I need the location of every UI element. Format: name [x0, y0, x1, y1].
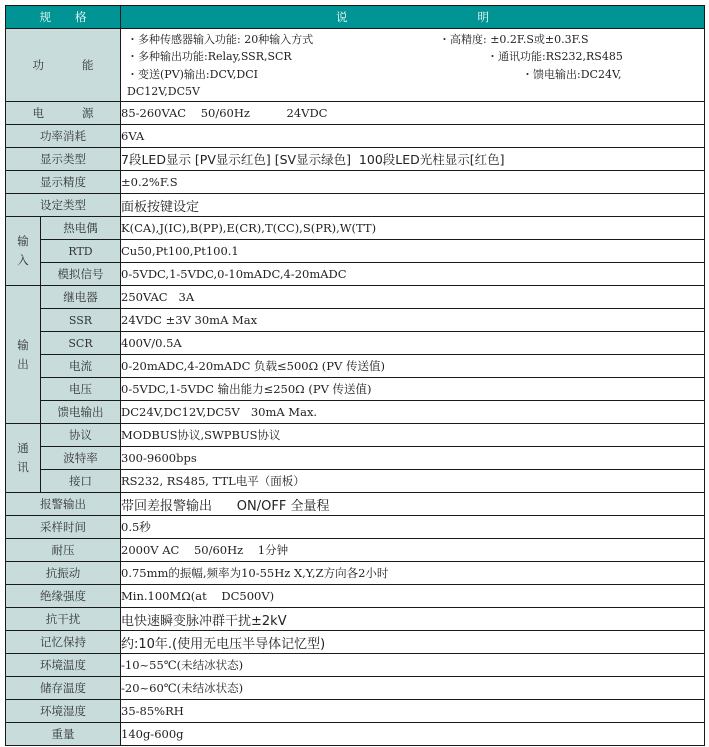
- row-weight: 重量 140g-600g: [6, 723, 705, 746]
- row-comm-interface: 接口 RS232, RS485, TTL电平（面板）: [6, 470, 705, 493]
- row-memory: 记忆保持 约:10年.(使用无电压半导体记忆型): [6, 631, 705, 654]
- row-comm-protocol: 通 讯 协议 MODBUS协议,SWPBUS协议: [6, 424, 705, 447]
- function-line: ・多种传感器输入功能: 20种输入方式 ・高精度: ±0.2F.S或±0.3F.…: [127, 31, 704, 49]
- header-row: 规 格 说 明: [6, 6, 705, 29]
- row-power-consumption: 功率消耗 6VA: [6, 125, 705, 148]
- header-spec: 规 格: [6, 6, 121, 29]
- row-input-rtd: RTD Cu50,Pt100,Pt100.1: [6, 240, 705, 263]
- comm-group-label: 通 讯: [6, 424, 41, 493]
- row-display-accuracy: 显示精度 ±0.2%F.S: [6, 171, 705, 194]
- spec-table: 规 格 说 明 功 能 ・多种传感器输入功能: 20种输入方式 ・高精度: ±0…: [5, 5, 705, 746]
- power-label: 电 源: [6, 102, 121, 125]
- function-line: ・变送(PV)输出:DCV,DCI ・馈电输出:DC24V,: [127, 66, 704, 84]
- row-humidity: 环境湿度 35-85%RH: [6, 700, 705, 723]
- row-function: 功 能 ・多种传感器输入功能: 20种输入方式 ・高精度: ±0.2F.S或±0…: [6, 29, 705, 102]
- row-insulation: 绝缘强度 Min.100MΩ(at DC500V): [6, 585, 705, 608]
- row-output-ssr: SSR 24VDC ±3V 30mA Max: [6, 309, 705, 332]
- row-output-current: 电流 0-20mADC,4-20mADC 负载≤500Ω (PV 传送值): [6, 355, 705, 378]
- header-description: 说 明: [121, 6, 705, 29]
- row-storage-temp: 储存温度 -20~60℃(未结冰状态): [6, 677, 705, 700]
- row-display-type: 显示类型 7段LED显示 [PV显示红色] [SV显示绿色] 100段LED光柱…: [6, 148, 705, 171]
- row-input-thermocouple: 输 入 热电偶 K(CA),J(IC),B(PP),E(CR),T(CC),S(…: [6, 217, 705, 240]
- output-group-label: 输 出: [6, 286, 41, 424]
- power-value: 85-260VAC 50/60Hz 24VDC: [121, 102, 705, 125]
- row-output-feed: 馈电输出 DC24V,DC12V,DC5V 30mA Max.: [6, 401, 705, 424]
- function-label: 功 能: [6, 29, 121, 102]
- function-line: DC12V,DC5V: [127, 83, 704, 101]
- row-setting-type: 设定类型 面板按键设定: [6, 194, 705, 217]
- row-vibration: 抗振动 0.75mm的振幅,频率为10-55Hz X,Y,Z方向各2小时: [6, 562, 705, 585]
- function-line: ・多种输出功能:Relay,SSR,SCR ・通讯功能:RS232,RS485: [127, 48, 704, 66]
- row-ambient-temp: 环境温度 -10~55℃(未结冰状态): [6, 654, 705, 677]
- function-value: ・多种传感器输入功能: 20种输入方式 ・高精度: ±0.2F.S或±0.3F.…: [121, 29, 705, 102]
- row-output-voltage: 电压 0-5VDC,1-5VDC 输出能力≤250Ω (PV 传送值): [6, 378, 705, 401]
- row-input-analog: 模拟信号 0-5VDC,1-5VDC,0-10mADC,4-20mADC: [6, 263, 705, 286]
- row-comm-baud: 波特率 300-9600bps: [6, 447, 705, 470]
- row-output-relay: 输 出 继电器 250VAC 3A: [6, 286, 705, 309]
- row-output-scr: SCR 400V/0.5A: [6, 332, 705, 355]
- row-sampling-time: 采样时间 0.5秒: [6, 516, 705, 539]
- row-interference: 抗干扰 电快速瞬变脉冲群干扰±2kV: [6, 608, 705, 631]
- input-group-label: 输 入: [6, 217, 41, 286]
- row-alarm-output: 报警输出 带回差报警输出 ON/OFF 全量程: [6, 493, 705, 516]
- row-withstand-voltage: 耐压 2000V AC 50/60Hz 1分钟: [6, 539, 705, 562]
- row-power: 电 源 85-260VAC 50/60Hz 24VDC: [6, 102, 705, 125]
